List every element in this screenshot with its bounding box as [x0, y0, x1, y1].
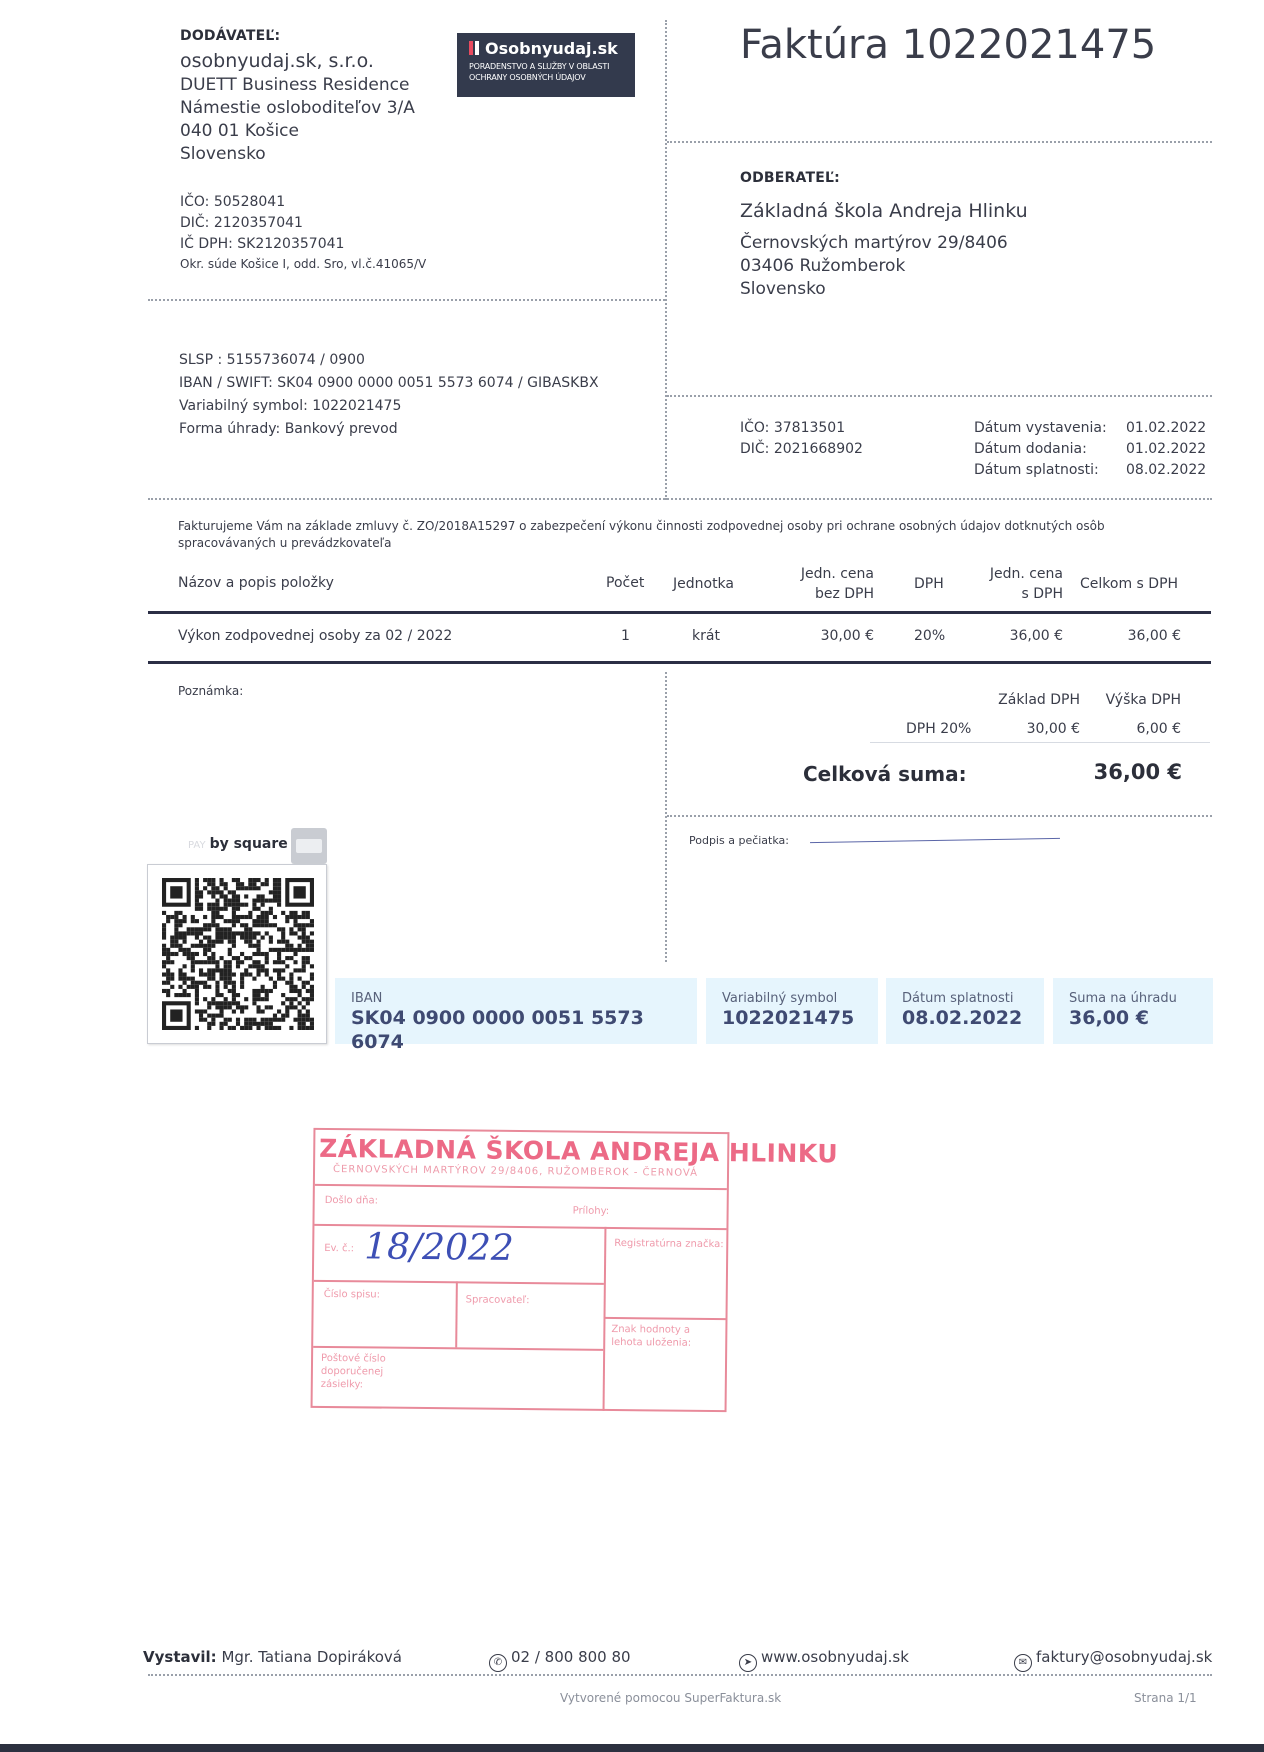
stamp-ev-number: 18/2022	[364, 1226, 514, 1269]
col-header-total: Celkom s DPH	[1080, 574, 1178, 594]
payment-amount-value: 36,00 €	[1069, 1006, 1197, 1030]
invoice-title: Faktúra 1022021475	[740, 22, 1156, 68]
registry-stamp: ZÁKLADNÁ ŠKOLA ANDREJA HLINKU ČERNOVSKÝC…	[311, 1128, 730, 1412]
generated-by: Vytvorené pomocou SuperFaktura.sk	[560, 1691, 781, 1705]
supplier-address-1: DUETT Business Residence	[180, 74, 426, 97]
issued-by: Vystavil: Mgr. Tatiana Dopiráková	[143, 1648, 402, 1666]
footer-phone[interactable]: ✆02 / 800 800 80	[489, 1648, 631, 1672]
item-unit: krát	[692, 628, 720, 644]
mail-icon: ✉	[1014, 1654, 1032, 1672]
intro-text: Fakturujeme Vám na základe zmluvy č. ZO/…	[178, 518, 1158, 552]
signature-stroke	[810, 838, 1060, 843]
supplier-ic-dph: IČ DPH: SK2120357041	[180, 234, 426, 255]
bank-account: SLSP : 5155736074 / 0900	[179, 349, 599, 372]
item-name: Výkon zodpovednej osoby za 02 / 2022	[178, 628, 452, 644]
col-header-count: Počet	[606, 573, 644, 593]
issued-by-name: Mgr. Tatiana Dopiráková	[221, 1648, 402, 1666]
date-due-value: 08.02.2022	[1126, 460, 1206, 481]
supplier-address-2: Námestie osloboditeľov 3/A	[180, 97, 426, 120]
stamp-received-label: Došlo dňa:	[325, 1194, 378, 1208]
pay-by-square-label: PAYby square	[188, 836, 288, 852]
customer-address-1: Černovských martýrov 29/8406	[740, 232, 1028, 255]
supplier-dic: DIČ: 2120357041	[180, 213, 426, 234]
supplier-label: DODÁVATEĽ:	[180, 28, 426, 44]
total-value: 36,00 €	[1040, 760, 1182, 784]
vat-base-header: Základ DPH	[990, 690, 1080, 711]
signature-label: Podpis a pečiatka:	[689, 832, 789, 850]
bank-payment-method: Forma úhrady: Bankový prevod	[179, 418, 599, 441]
cursor-icon: ➤	[739, 1654, 757, 1672]
vat-rate: DPH 20%	[906, 719, 971, 740]
vat-base: 30,00 €	[990, 719, 1080, 740]
issued-by-label: Vystavil:	[143, 1648, 217, 1666]
supplier-section: DODÁVATEĽ: osobnyudaj.sk, s.r.o. DUETT B…	[180, 28, 426, 273]
table-footer-rule	[148, 661, 1211, 664]
divider	[870, 742, 1210, 743]
customer-ico: IČO: 37813501	[740, 418, 863, 439]
col-header-vat: DPH	[914, 574, 944, 594]
stamp-ev-label: Ev. č.:	[324, 1242, 354, 1255]
customer-ids: IČO: 37813501 DIČ: 2021668902	[740, 418, 863, 460]
qr-code-icon	[162, 878, 314, 1030]
supplier-address-4: Slovensko	[180, 143, 426, 166]
payment-iban-value: SK04 0900 0000 0051 5573 6074	[351, 1006, 681, 1054]
customer-address-3: Slovensko	[740, 278, 1028, 301]
divider	[667, 815, 1212, 817]
supplier-register: Okr. súde Košice I, odd. Sro, vl.č.41065…	[180, 255, 426, 273]
col-header-unit: Jednotka	[673, 574, 734, 594]
payment-box-variable-symbol: Variabilný symbol 1022021475	[706, 978, 878, 1044]
bank-iban-swift: IBAN / SWIFT: SK04 0900 0000 0051 5573 6…	[179, 372, 599, 395]
payment-iban-label: IBAN	[351, 991, 681, 1006]
col-header-price-vat: Jedn. cena s DPH	[960, 564, 1063, 604]
stamp-attachments-label: Prílohy:	[573, 1205, 610, 1218]
customer-section: ODBERATEĽ: Základná škola Andreja Hlinku…	[740, 170, 1028, 301]
payment-due-value: 08.02.2022	[902, 1006, 1028, 1030]
date-due-label: Dátum splatnosti:	[974, 462, 1099, 478]
divider	[665, 20, 667, 500]
payment-vs-value: 1022021475	[722, 1006, 862, 1030]
supplier-name: osobnyudaj.sk, s.r.o.	[180, 48, 426, 74]
item-price-vat: 36,00 €	[960, 628, 1063, 644]
payment-box-due-date: Dátum splatnosti 08.02.2022	[886, 978, 1044, 1044]
item-total: 36,00 €	[1080, 628, 1181, 644]
customer-name: Základná škola Andreja Hlinku	[740, 198, 1028, 224]
date-delivered: Dátum dodania: 01.02.2022	[974, 439, 1204, 460]
customer-label: ODBERATEĽ:	[740, 170, 1028, 186]
divider	[665, 672, 667, 962]
customer-dic: DIČ: 2021668902	[740, 439, 863, 460]
payment-vs-label: Variabilný symbol	[722, 991, 862, 1006]
card-icon	[291, 828, 327, 864]
col-header-price-no-vat: Jedn. cena bez DPH	[770, 564, 874, 604]
logo-name: Osobnyudaj.sk	[485, 39, 618, 58]
phone-icon: ✆	[489, 1654, 507, 1672]
bank-variable-symbol: Variabilný symbol: 1022021475	[179, 395, 599, 418]
logo-tagline-1: PORADENSTVO A SLUŽBY V OBLASTI	[469, 61, 623, 72]
date-delivered-label: Dátum dodania:	[974, 441, 1087, 457]
customer-address-2: 03406 Ružomberok	[740, 255, 1028, 278]
supplier-address-3: 040 01 Košice	[180, 120, 426, 143]
stamp-title: ZÁKLADNÁ ŠKOLA ANDREJA HLINKU	[319, 1134, 838, 1168]
vat-amount-header: Výška DPH	[1090, 690, 1181, 711]
stamp-registry-label: Registratúrna značka:	[614, 1237, 723, 1251]
payment-amount-label: Suma na úhradu	[1069, 991, 1197, 1006]
divider	[667, 141, 1212, 143]
vat-amount: 6,00 €	[1090, 719, 1181, 740]
stamp-retention-label: Znak hodnoty a lehota uloženia:	[611, 1323, 711, 1350]
date-issued-value: 01.02.2022	[1126, 418, 1206, 439]
divider	[148, 498, 1212, 500]
stamp-handled-by-label: Spracovateľ:	[466, 1293, 530, 1307]
footer-email-link[interactable]: ✉faktury@osobnyudaj.sk	[1014, 1648, 1212, 1672]
payment-box-amount: Suma na úhradu 36,00 €	[1053, 978, 1213, 1044]
date-due: Dátum splatnosti: 08.02.2022	[974, 460, 1204, 481]
logo-tagline-2: OCHRANY OSOBNÝCH ÚDAJOV	[469, 72, 623, 83]
page-number: Strana 1/1	[1134, 1691, 1197, 1705]
flag-icon	[469, 41, 473, 55]
supplier-ico: IČO: 50528041	[180, 192, 426, 213]
stamp-file-no-label: Číslo spisu:	[324, 1288, 380, 1302]
col-header-name: Názov a popis položky	[178, 573, 334, 593]
date-issued-label: Dátum vystavenia:	[974, 420, 1107, 436]
date-delivered-value: 01.02.2022	[1126, 439, 1206, 460]
payment-box-iban: IBAN SK04 0900 0000 0051 5573 6074	[335, 978, 697, 1044]
total-label: Celková suma:	[803, 762, 967, 786]
item-vat: 20%	[914, 628, 945, 644]
payment-due-label: Dátum splatnosti	[902, 991, 1028, 1006]
dates-section: Dátum vystavenia: 01.02.2022 Dátum dodan…	[974, 418, 1204, 481]
divider	[667, 395, 1212, 397]
qr-code[interactable]	[147, 864, 327, 1044]
company-logo: Osobnyudaj.sk PORADENSTVO A SLUŽBY V OBL…	[457, 33, 635, 97]
date-issued: Dátum vystavenia: 01.02.2022	[974, 418, 1204, 439]
item-price-no-vat: 30,00 €	[770, 628, 874, 644]
note-label: Poznámka:	[178, 682, 243, 700]
stamp-post-no-label: Poštové číslo doporučenej zásielky:	[321, 1352, 401, 1392]
table-header-rule	[148, 611, 1211, 614]
bank-section: SLSP : 5155736074 / 0900 IBAN / SWIFT: S…	[179, 349, 599, 441]
item-count: 1	[621, 628, 630, 644]
divider	[148, 299, 665, 301]
divider	[148, 1674, 1212, 1676]
footer-web-link[interactable]: ➤www.osobnyudaj.sk	[739, 1648, 909, 1672]
scan-edge	[0, 1744, 1264, 1752]
